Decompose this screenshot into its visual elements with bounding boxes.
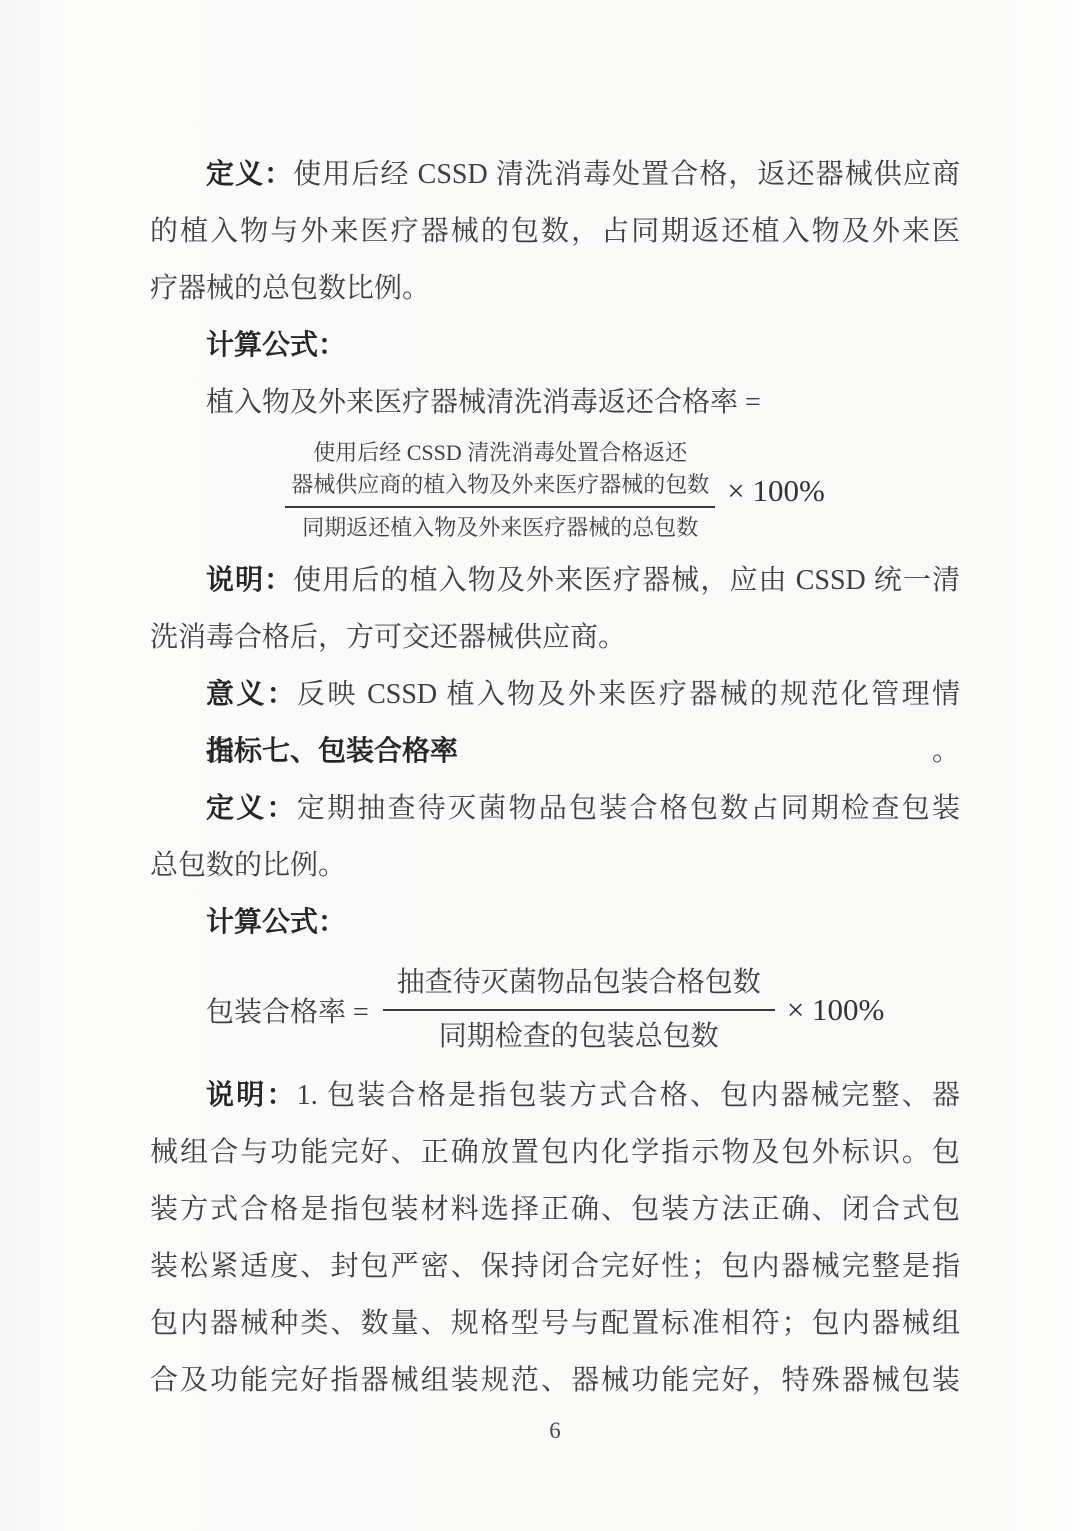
note-text: 合及功能完好指器械组装规范、器械功能完好，特殊器械包装 xyxy=(150,1365,960,1396)
i6-meaning-line: 意义：反映 CSSD 植入物及外来医疗器械的规范化管理情况。 xyxy=(150,666,960,723)
i7-fraction-numerator: 抽查待灭菌物品包装合格包数 xyxy=(383,961,775,1011)
document-content: 定义：使用后经 CSSD 清洗消毒处置合格，返还器械供应商 的植入物与外来医疗器… xyxy=(150,146,960,1451)
note-text: 械组合与功能完好、正确放置包内化学指示物及包外标识。包 xyxy=(150,1137,960,1168)
definition-label: 定义： xyxy=(206,159,293,190)
i6-definition-line1: 定义：使用后经 CSSD 清洗消毒处置合格，返还器械供应商 xyxy=(150,146,960,203)
definition-text: 的植入物与外来医疗器械的包数，占同期返还植入物及外来医 xyxy=(150,216,960,247)
section-heading-text: 指标七、包装合格率 xyxy=(206,736,458,767)
i6-formula-fraction-row: 使用后经 CSSD 清洗消毒处置合格返还 器械供应商的植入物及外来医疗器械的包数… xyxy=(150,437,960,544)
note-text: 装松紧适度、封包严密、保持闭合完好性；包内器械完整是指 xyxy=(150,1251,960,1282)
note-text: 1. 包装合格是指包装方式合格、包内器械完整、器 xyxy=(297,1080,960,1111)
formula-lead-text: 植入物及外来医疗器械清洗消毒返还合格率 = xyxy=(206,387,761,418)
numerator-line2: 器械供应商的植入物及外来医疗器械的包数 xyxy=(291,469,709,501)
i7-formula-label: 计算公式： xyxy=(150,894,960,951)
i7-formula-lhs: 包装合格率 = xyxy=(206,990,369,1030)
definition-text: 使用后经 CSSD 清洗消毒处置合格，返还器械供应商 xyxy=(293,159,960,190)
formula-label: 计算公式： xyxy=(206,330,346,361)
note-text: 包内器械种类、数量、规格型号与配置标准相符；包内器械组 xyxy=(150,1308,960,1339)
i6-definition-line3: 疗器械的总包数比例。 xyxy=(150,260,960,317)
i6-formula-lead: 植入物及外来医疗器械清洗消毒返还合格率 = xyxy=(150,374,960,431)
i7-multiplier: × 100% xyxy=(787,992,885,1028)
note-text: 洗消毒合格后，方可交还器械供应商。 xyxy=(150,622,626,653)
i6-definition-line2: 的植入物与外来医疗器械的包数，占同期返还植入物及外来医 xyxy=(150,203,960,260)
i7-definition-line2: 总包数的比例。 xyxy=(150,837,960,894)
i6-note-line1: 说明：使用后的植入物及外来医疗器械，应由 CSSD 统一清 xyxy=(150,552,960,609)
scanned-document-page: 定义：使用后经 CSSD 清洗消毒处置合格，返还器械供应商 的植入物与外来医疗器… xyxy=(0,0,1080,1531)
i6-formula-label: 计算公式： xyxy=(150,317,960,374)
page-number: 6 xyxy=(150,1411,960,1451)
i7-note-line4: 装松紧适度、封包严密、保持闭合完好性；包内器械完整是指 xyxy=(150,1238,960,1295)
note-text: 装方式合格是指包装材料选择正确、包装方法正确、闭合式包 xyxy=(150,1194,960,1225)
i7-fraction: 抽查待灭菌物品包装合格包数 同期检查的包装总包数 xyxy=(383,961,775,1059)
meaning-label: 意义： xyxy=(206,679,297,710)
definition-text: 定期抽查待灭菌物品包装合格包数占同期检查包装 xyxy=(297,793,960,824)
i7-note-line3: 装方式合格是指包装材料选择正确、包装方法正确、闭合式包 xyxy=(150,1181,960,1238)
definition-text: 总包数的比例。 xyxy=(150,850,346,881)
i6-fraction-numerator: 使用后经 CSSD 清洗消毒处置合格返还 器械供应商的植入物及外来医疗器械的包数 xyxy=(285,437,715,508)
i7-note-line5: 包内器械种类、数量、规格型号与配置标准相符；包内器械组 xyxy=(150,1295,960,1352)
numerator-line1: 使用后经 CSSD 清洗消毒处置合格返还 xyxy=(291,437,709,469)
i6-multiplier: × 100% xyxy=(727,473,825,509)
note-text: 使用后的植入物及外来医疗器械，应由 CSSD 统一清 xyxy=(293,565,960,596)
i6-note-line2: 洗消毒合格后，方可交还器械供应商。 xyxy=(150,609,960,666)
i7-formula-row: 包装合格率 = 抽查待灭菌物品包装合格包数 同期检查的包装总包数 × 100% xyxy=(150,961,960,1059)
i7-note-line1: 说明：1. 包装合格是指包装方式合格、包内器械完整、器 xyxy=(150,1067,960,1124)
note-label: 说明： xyxy=(206,1080,297,1111)
i6-fraction: 使用后经 CSSD 清洗消毒处置合格返还 器械供应商的植入物及外来医疗器械的包数… xyxy=(285,437,715,544)
i7-note-line6: 合及功能完好指器械组装规范、器械功能完好，特殊器械包装 xyxy=(150,1352,960,1409)
definition-label: 定义： xyxy=(206,793,297,824)
note-label: 说明： xyxy=(206,565,293,596)
definition-text: 疗器械的总包数比例。 xyxy=(150,273,430,304)
i7-note-line2: 械组合与功能完好、正确放置包内化学指示物及包外标识。包 xyxy=(150,1124,960,1181)
i7-definition-line1: 定义：定期抽查待灭菌物品包装合格包数占同期检查包装 xyxy=(150,780,960,837)
formula-label: 计算公式： xyxy=(206,907,346,938)
i7-fraction-denominator: 同期检查的包装总包数 xyxy=(439,1011,719,1059)
i6-fraction-denominator: 同期返还植入物及外来医疗器械的总包数 xyxy=(302,508,698,544)
